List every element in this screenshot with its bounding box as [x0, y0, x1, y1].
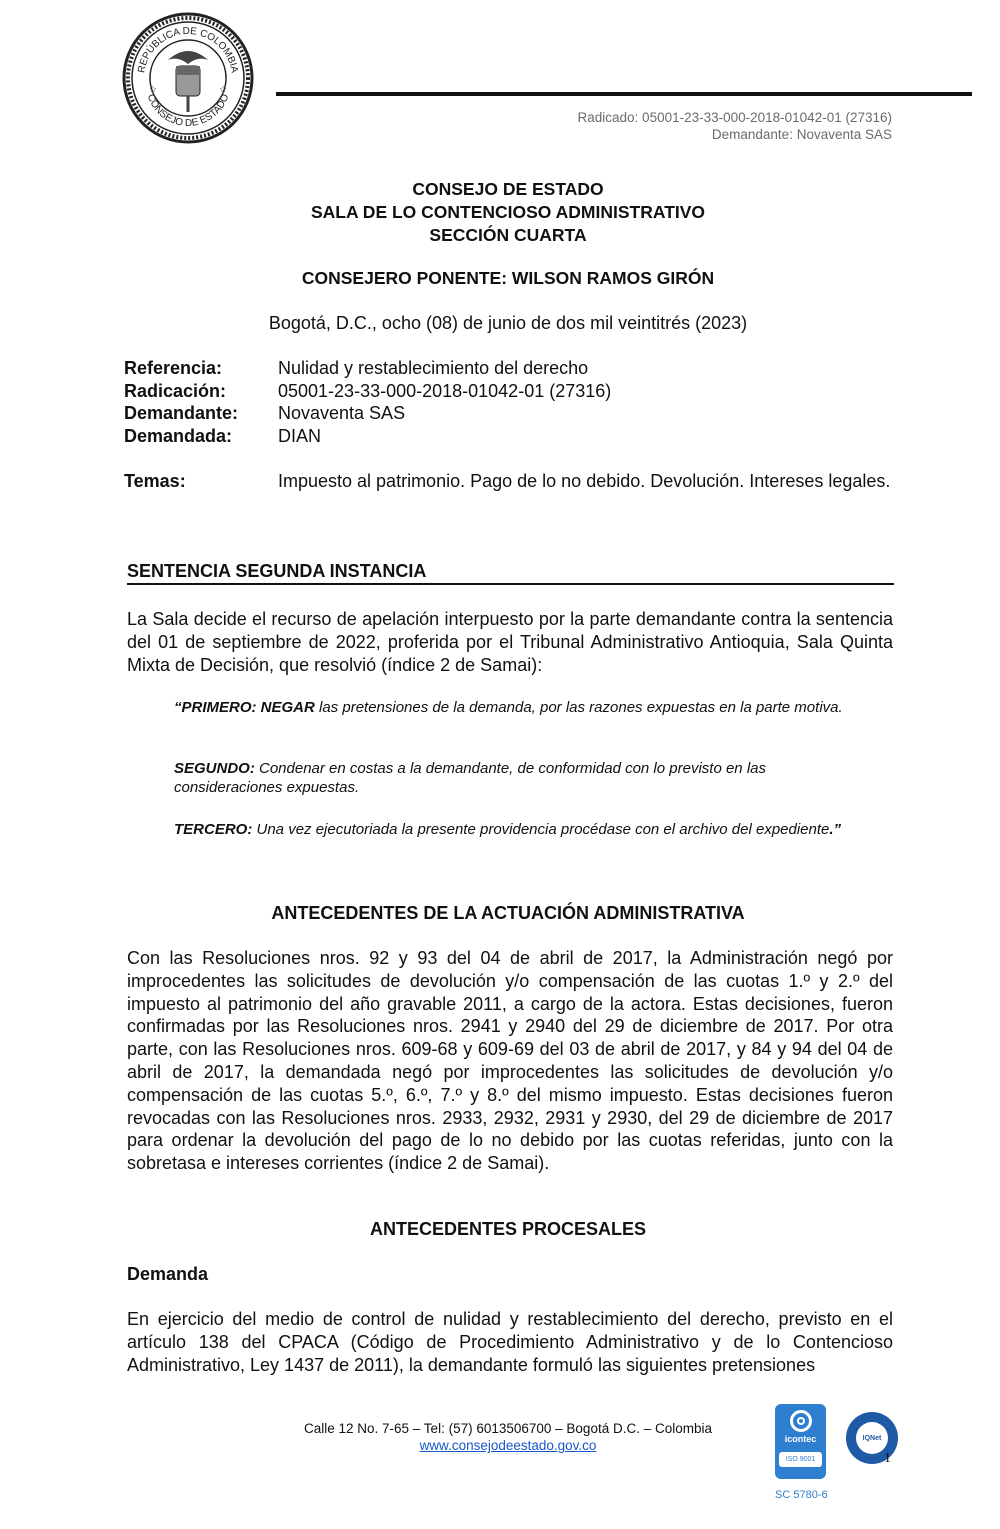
consejo-de-estado-seal-logo: REPÚBLICA DE COLOMBIA CONSEJO DE ESTADO … — [122, 12, 254, 144]
demanda-paragraph: En ejercicio del medio de control de nul… — [127, 1308, 893, 1376]
header-rule — [276, 92, 972, 96]
sc-certificate-code: SC 5780-6 — [775, 1489, 828, 1501]
antecedentes-paragraph: Con las Resoluciones nros. 92 y 93 del 0… — [127, 947, 893, 1175]
header-case-meta: Radicado: 05001-23-33-000-2018-01042-01 … — [578, 109, 892, 143]
website-link[interactable]: www.consejodeestado.gov.co — [420, 1438, 597, 1453]
subsection-demanda: Demanda — [127, 1264, 208, 1285]
coat-of-arms-icon: REPÚBLICA DE COLOMBIA CONSEJO DE ESTADO … — [122, 12, 254, 144]
header-demandante: Demandante: Novaventa SAS — [578, 126, 892, 143]
intro-paragraph: La Sala decide el recurso de apelación i… — [127, 608, 893, 676]
svg-text:☆: ☆ — [149, 84, 157, 94]
sentencia-heading: SENTENCIA SEGUNDA INSTANCIA — [127, 561, 894, 585]
court-chamber: SALA DE LO CONTENCIOSO ADMINISTRATIVO — [0, 201, 1000, 224]
quote-primero: “PRIMERO: NEGAR las pretensiones de la d… — [174, 698, 874, 717]
reference-row: Demandada: DIAN — [124, 425, 896, 448]
section-title-antecedentes-procesales: ANTECEDENTES PROCESALES — [0, 1219, 1000, 1240]
section-title-antecedentes-administrativa: ANTECEDENTES DE LA ACTUACIÓN ADMINISTRAT… — [0, 903, 1000, 924]
page-number: 1 — [884, 1451, 891, 1467]
temas-row: Temas: Impuesto al patrimonio. Pago de l… — [124, 470, 896, 493]
reference-row: Referencia: Nulidad y restablecimiento d… — [124, 357, 896, 380]
court-title-block: CONSEJO DE ESTADO SALA DE LO CONTENCIOSO… — [0, 178, 1000, 247]
document-date: Bogotá, D.C., ocho (08) de junio de dos … — [0, 313, 1000, 334]
quote-tercero: TERCERO: Una vez ejecutoriada la present… — [174, 820, 874, 839]
header-radicado: Radicado: 05001-23-33-000-2018-01042-01 … — [578, 109, 892, 126]
icontec-ring-icon — [790, 1410, 812, 1432]
quote-segundo: SEGUNDO: Condenar en costas a la demanda… — [174, 759, 874, 797]
reference-row: Radicación: 05001-23-33-000-2018-01042-0… — [124, 380, 896, 403]
reference-row: Demandante: Novaventa SAS — [124, 402, 896, 425]
svg-text:☆: ☆ — [219, 84, 227, 94]
reference-table: Referencia: Nulidad y restablecimiento d… — [124, 357, 896, 493]
court-name: CONSEJO DE ESTADO — [0, 178, 1000, 201]
icontec-certification-logo: icontec ISO 9001 — [775, 1404, 826, 1479]
court-section: SECCIÓN CUARTA — [0, 224, 1000, 247]
consejero-ponente: CONSEJERO PONENTE: WILSON RAMOS GIRÓN — [0, 268, 1000, 289]
